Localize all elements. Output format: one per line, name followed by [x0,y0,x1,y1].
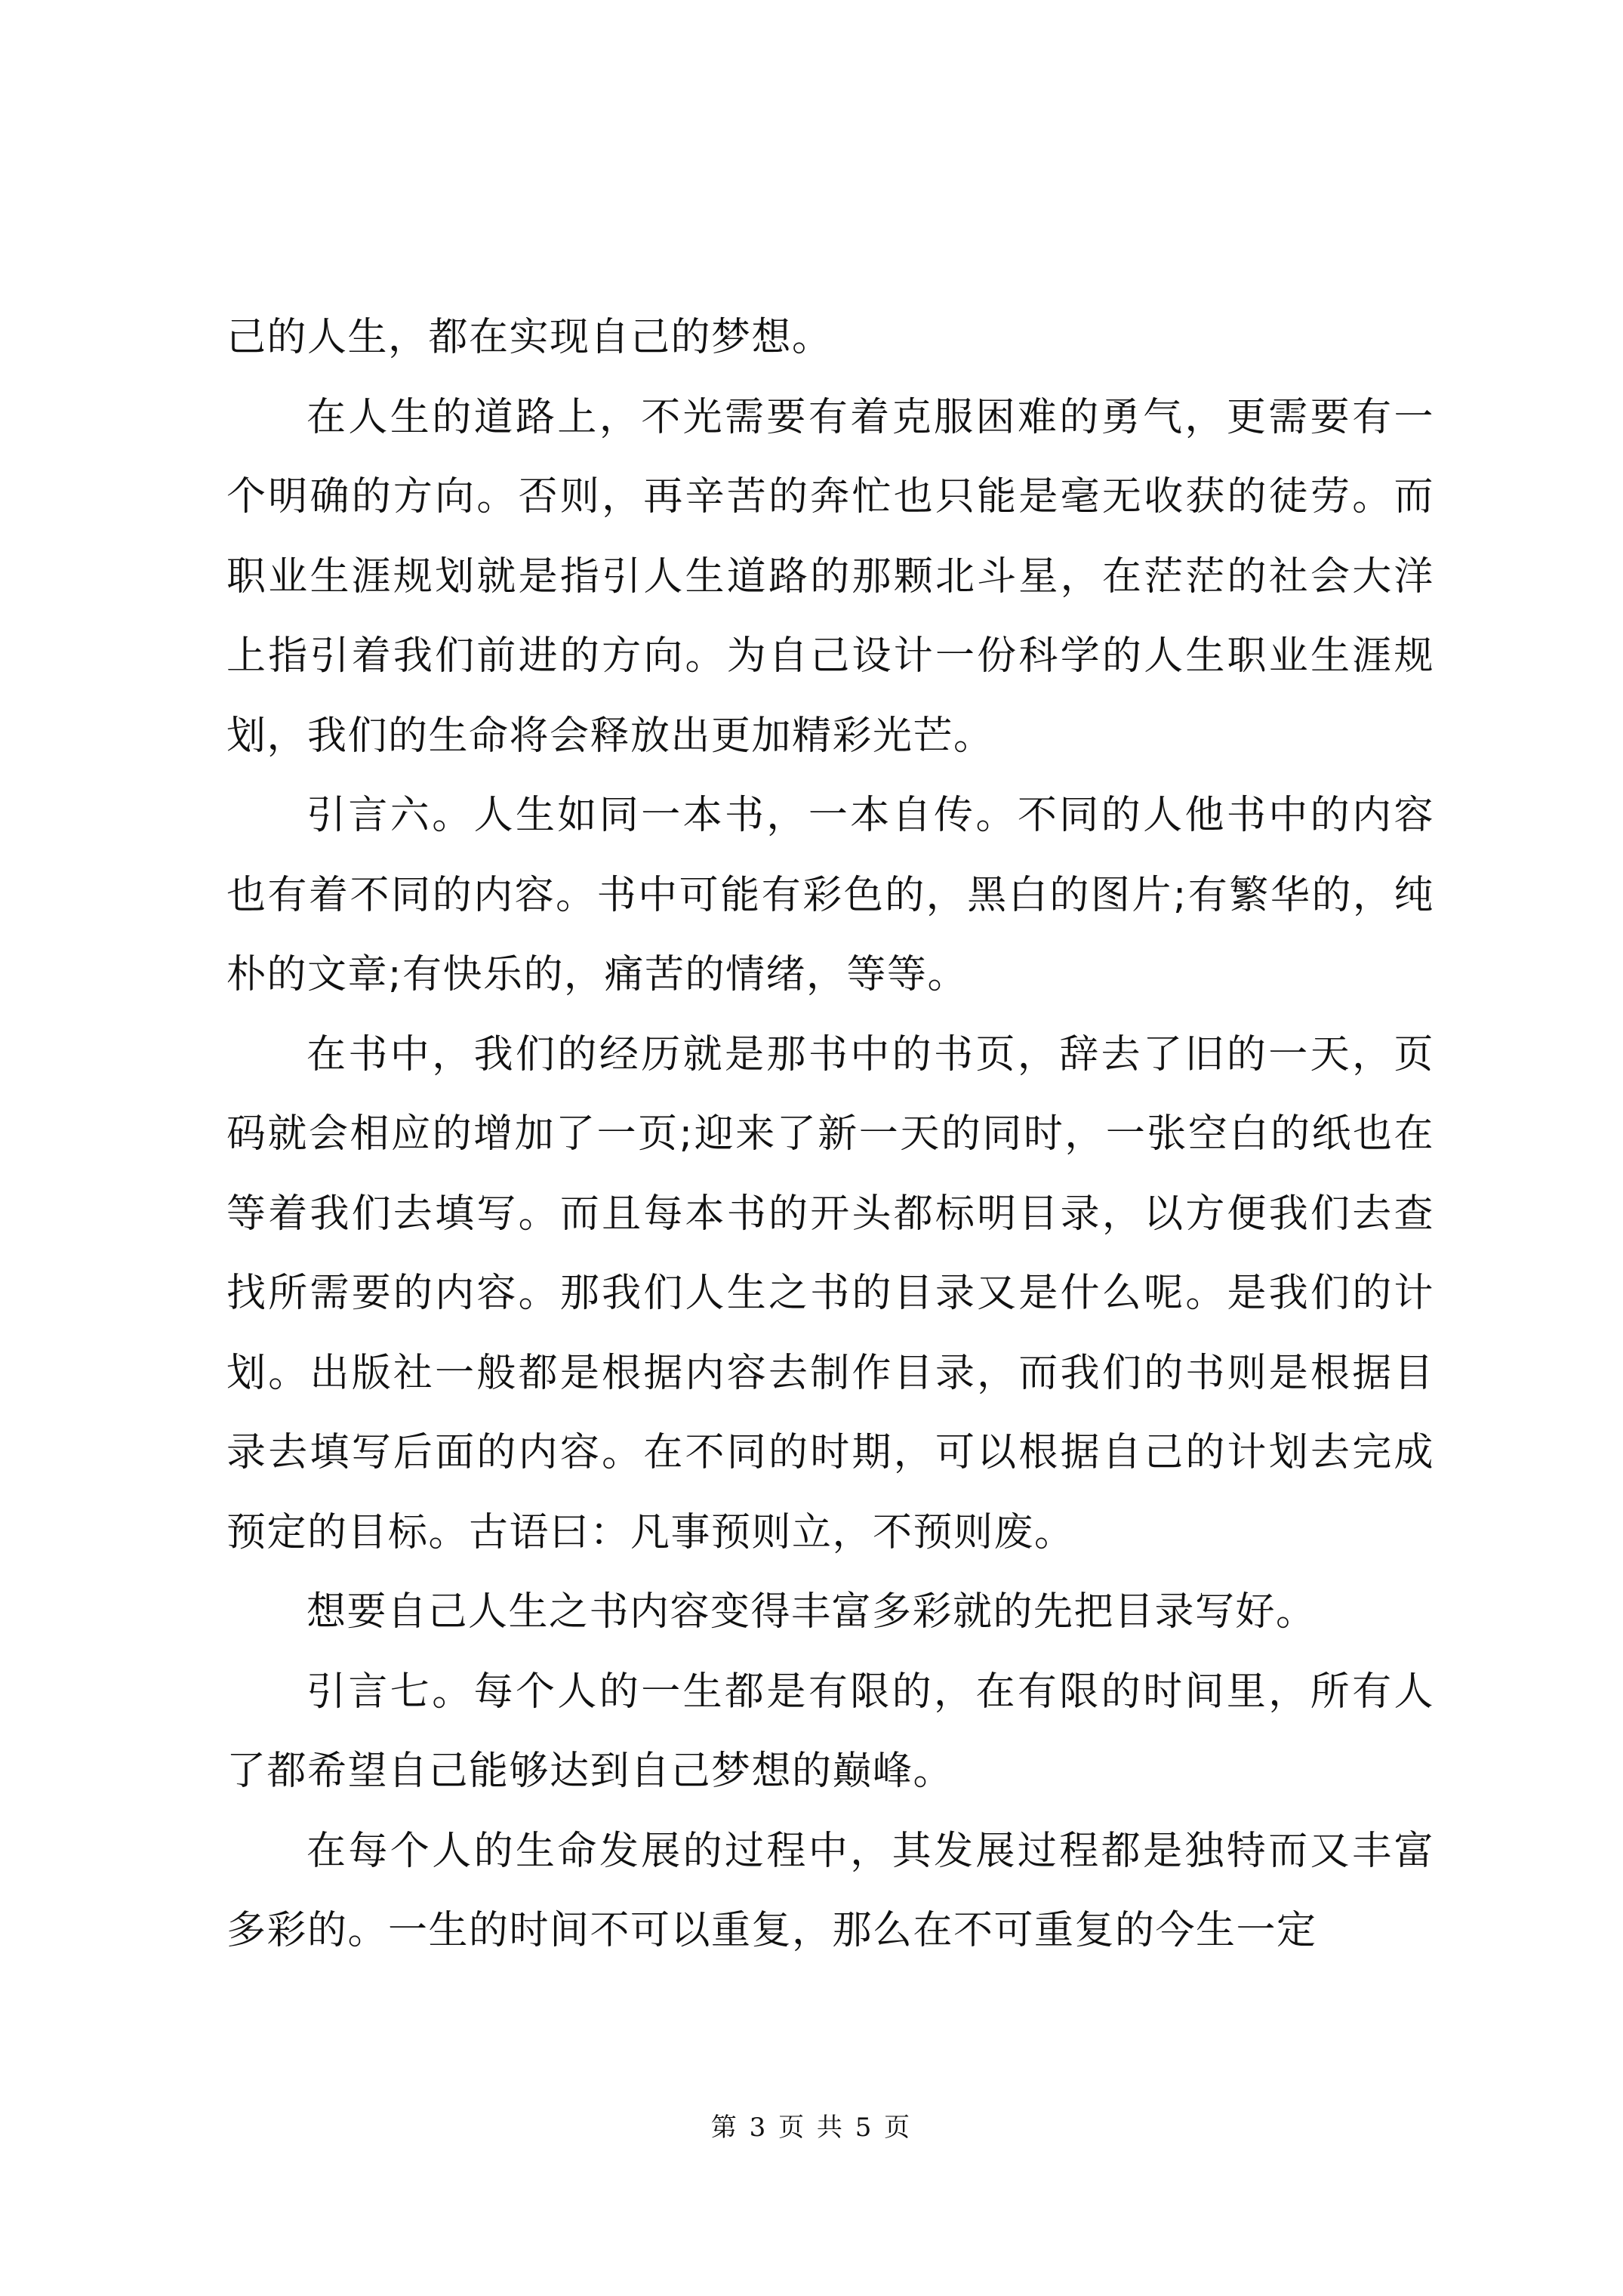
paragraph: 己的人生，都在实现自己的梦想。 [226,298,1434,378]
body-text: 己的人生，都在实现自己的梦想。 在人生的道路上，不光需要有着克服困难的勇气，更需… [226,298,1434,1971]
paragraph: 在每个人的生命发展的过程中，其发展过程都是独特而又丰富多彩的。一生的时间不可以重… [226,1812,1434,1971]
paragraph: 引言七。每个人的一生都是有限的，在有限的时间里，所有人了都希望自己能够达到自己梦… [226,1653,1434,1812]
paragraph: 引言六。人生如同一本书，一本自传。不同的人他书中的内容也有着不同的内容。书中可能… [226,776,1434,1015]
page-footer: 第 3 页 共 5 页 [0,2106,1623,2143]
document-page: 己的人生，都在实现自己的梦想。 在人生的道路上，不光需要有着克服困难的勇气，更需… [0,0,1623,2296]
paragraph: 在书中，我们的经历就是那书中的书页，辞去了旧的一天，页码就会相应的增加了一页;迎… [226,1015,1434,1573]
paragraph: 想要自己人生之书内容变得丰富多彩就的先把目录写好。 [226,1573,1434,1653]
paragraph: 在人生的道路上，不光需要有着克服困难的勇气，更需要有一个明确的方向。否则，再辛苦… [226,378,1434,777]
